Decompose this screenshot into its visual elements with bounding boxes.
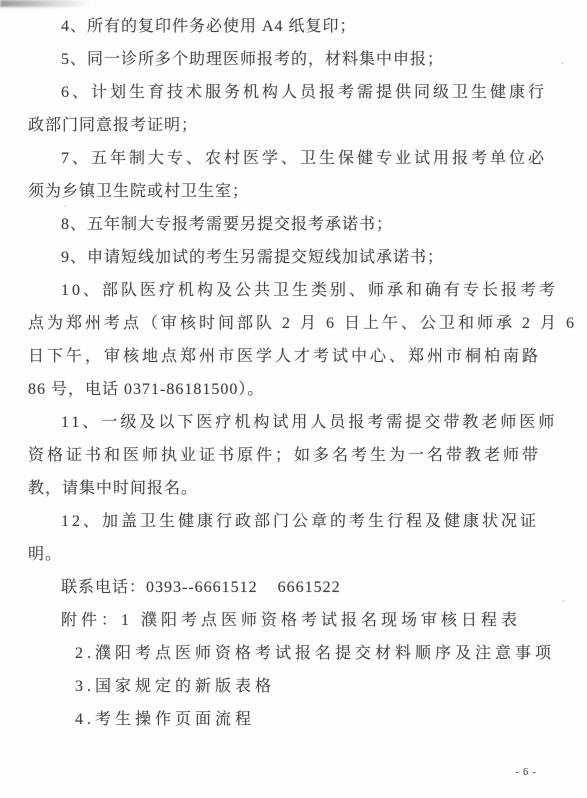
- list-item-10-line-2: 点为郑州考点（审核时间部队 2 月 6 日上午、公卫和师承 2 月 6: [28, 307, 547, 340]
- list-item-6-line-2: 政部门同意报考证明；: [28, 109, 547, 142]
- list-item-5: 5、同一诊所多个助理医师报考的，材料集中申报；: [28, 43, 547, 76]
- list-item-10-line-3: 日下午，审核地点郑州市医学人才考试中心、郑州市桐柏南路: [28, 340, 547, 373]
- list-item-10-line-1: 10、部队医疗机构及公共卫生类别、师承和确有专长报考考: [28, 274, 547, 307]
- list-item-7-line-2: 须为乡镇卫生院或村卫生室；: [28, 175, 547, 208]
- scan-speck: [561, 62, 564, 64]
- list-item-11-line-3: 教，请集中时间报名。: [28, 472, 547, 505]
- page-number: - 6 -: [515, 767, 537, 778]
- list-item-8: 8、五年制大专报考需要另提交报考承诺书；: [28, 208, 547, 241]
- document-body: 4、所有的复印件务必使用 A4 纸复印； 5、同一诊所多个助理医师报考的，材料集…: [28, 10, 547, 736]
- attachment-item-3: 3.国家规定的新版表格: [28, 670, 547, 703]
- attachment-item-4: 4.考生操作页面流程: [28, 703, 547, 736]
- list-item-10-line-4: 86 号，电话 0371-86181500）。: [28, 373, 547, 406]
- scan-speck: [64, 205, 66, 207]
- scan-speck: [562, 600, 565, 602]
- list-item-11-line-2: 资格证书和医师执业证书原件；如多名考生为一名带教老师带: [28, 439, 547, 472]
- contact-phone-line: 联系电话：0393--6661512 6661522: [28, 571, 547, 604]
- list-item-4: 4、所有的复印件务必使用 A4 纸复印；: [28, 10, 547, 43]
- list-item-12-line-1: 12、加盖卫生健康行政部门公章的考生行程及健康状况证: [28, 505, 547, 538]
- scan-artifact-top-left: [0, 0, 92, 7]
- list-item-11-line-1: 11、一级及以下医疗机构试用人员报考需提交带教老师医师: [28, 406, 547, 439]
- list-item-6-line-1: 6、计划生育技术服务机构人员报考需提供同级卫生健康行: [28, 76, 547, 109]
- list-item-7-line-1: 7、五年制大专、农村医学、卫生保健专业试用报考单位必: [28, 142, 547, 175]
- list-item-9: 9、申请短线加试的考生另需提交短线加试承诺书；: [28, 241, 547, 274]
- scanned-document-page: 4、所有的复印件务必使用 A4 纸复印； 5、同一诊所多个助理医师报考的，材料集…: [0, 0, 587, 798]
- attachments-heading-and-item-1: 附件：1 濮阳考点医师资格考试报名现场审核日程表: [28, 604, 547, 637]
- attachment-item-2: 2.濮阳考点医师资格考试报名提交材料顺序及注意事项: [28, 637, 547, 670]
- list-item-12-line-2: 明。: [28, 538, 547, 571]
